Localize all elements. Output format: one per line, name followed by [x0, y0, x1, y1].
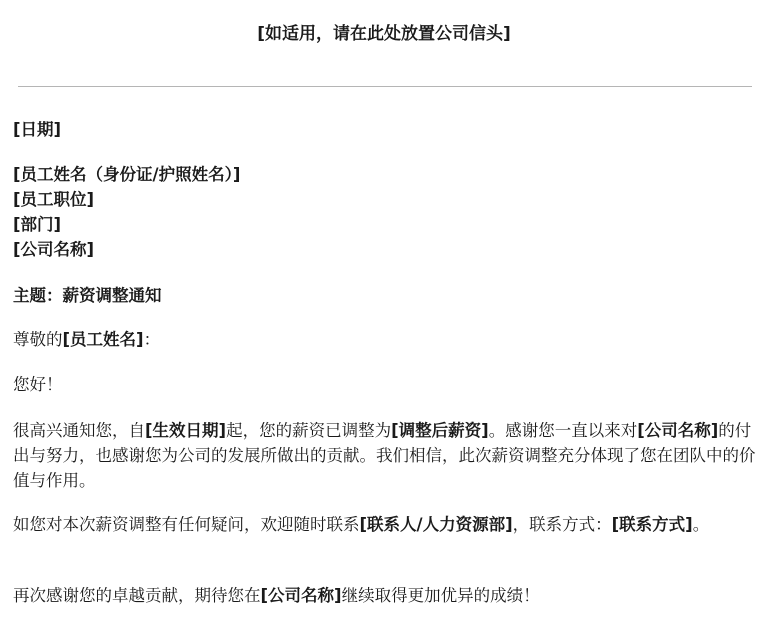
- closing-company-placeholder: [公司名称]: [261, 586, 342, 605]
- paragraph-contact: 如您对本次薪资调整有任何疑问，欢迎随时联系[联系人/人力资源部]，联系方式：[联…: [13, 512, 758, 537]
- closing-line: 再次感谢您的卓越贡献，期待您在[公司名称]继续取得更加优异的成绩！: [13, 583, 758, 608]
- letter-page: [如适用，请在此处放置公司信头] [日期] [员工姓名（身份证/护照姓名）] […: [0, 0, 768, 623]
- para1-text-1: 很高兴通知您，自: [13, 421, 145, 440]
- recipient-department: [部门]: [13, 212, 758, 237]
- greeting-prefix: 尊敬的: [13, 330, 63, 349]
- para2-text-3: 。: [693, 515, 710, 534]
- new-salary-placeholder: [调整后薪资]: [391, 421, 489, 440]
- subject-label: 主题：: [13, 286, 63, 305]
- subject-line: 主题：薪资调整通知: [13, 283, 758, 308]
- closing-text-1: 再次感谢您的卓越贡献，期待您在: [13, 586, 261, 605]
- date-placeholder: [日期]: [13, 117, 758, 142]
- greeting-line: 尊敬的[员工姓名]：: [13, 327, 758, 352]
- greeting-name: [员工姓名]: [63, 330, 144, 349]
- subject-text: 薪资调整通知: [63, 286, 162, 305]
- hello-line: 您好！: [13, 372, 758, 397]
- recipient-position: [员工职位]: [13, 187, 758, 212]
- letterhead-placeholder: [如适用，请在此处放置公司信头]: [0, 22, 768, 46]
- para2-text-2: ，联系方式：: [513, 515, 612, 534]
- greeting-suffix: ：: [144, 330, 161, 349]
- para1-text-3: 。感谢您一直以来对: [489, 421, 638, 440]
- effective-date-placeholder: [生效日期]: [145, 421, 226, 440]
- contact-method-placeholder: [联系方式]: [612, 515, 693, 534]
- closing-text-2: 继续取得更加优异的成绩！: [342, 586, 540, 605]
- recipient-company: [公司名称]: [13, 237, 758, 262]
- para2-text-1: 如您对本次薪资调整有任何疑问，欢迎随时联系: [13, 515, 360, 534]
- paragraph-salary-notice: 很高兴通知您，自[生效日期]起，您的薪资已调整为[调整后薪资]。感谢您一直以来对…: [13, 418, 758, 493]
- para1-text-2: 起，您的薪资已调整为: [226, 421, 391, 440]
- recipient-block: [员工姓名（身份证/护照姓名）] [员工职位] [部门] [公司名称]: [13, 162, 758, 262]
- recipient-name: [员工姓名（身份证/护照姓名）]: [13, 162, 758, 187]
- company-name-placeholder: [公司名称]: [637, 421, 718, 440]
- separator-line: [18, 86, 752, 87]
- contact-placeholder: [联系人/人力资源部]: [360, 515, 513, 534]
